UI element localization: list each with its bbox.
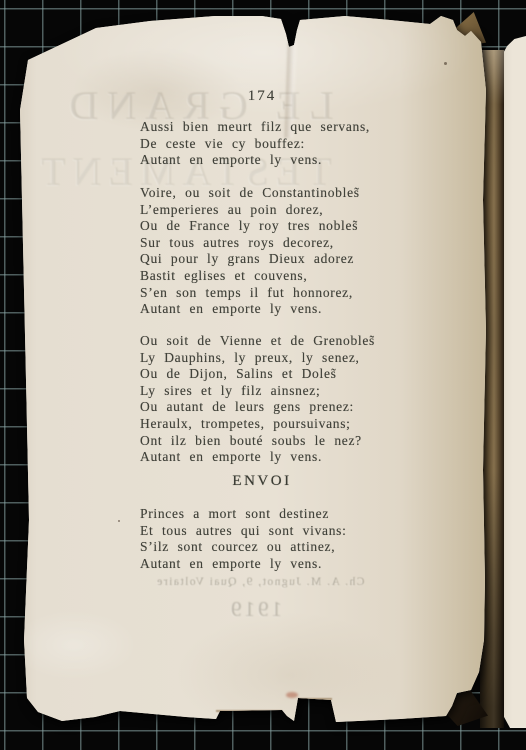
showthrough-year: 1919 <box>160 597 350 622</box>
poem-line: S’ilz sont courcez ou attinez, <box>140 539 347 556</box>
poem-line: Autant en emporte ly vens. <box>140 152 370 169</box>
stanza-1: Aussi bien meurt filz que servans, De ce… <box>140 119 370 169</box>
poem-line: S’en son temps il fut honnorez, <box>140 285 360 302</box>
poem-line: L’emperieres au poin dorez, <box>140 202 360 219</box>
page-number: 174 <box>140 88 384 105</box>
poem-line: Ly Dauphins, ly preux, ly senez, <box>140 350 375 367</box>
book-photo-scene: LE GRAND TESTAMENT Ch. A. M. Jugnot, 9, … <box>0 0 526 750</box>
poem-line: Ont ilz bien bouté soubs le nez? <box>140 433 375 450</box>
dust-speck <box>444 62 447 65</box>
poem-line: Autant en emporte ly vens. <box>140 556 347 573</box>
envoi-heading: ENVOI <box>140 473 384 490</box>
stanza-envoi: Princes a mort sont destinez Et tous aut… <box>140 506 347 572</box>
poem-line: Ly sires et ly filz ainsnez; <box>140 383 375 400</box>
poem-line: Ou soit de Vienne et de Grenobles̃ <box>140 333 375 350</box>
poem-line: Aussi bien meurt filz que servans, <box>140 119 370 136</box>
poem-line: Princes a mort sont destinez <box>140 506 347 523</box>
stanza-3: Ou soit de Vienne et de Grenobles̃ Ly Da… <box>140 333 375 466</box>
poem-line: Ou autant de leurs gens prenez: <box>140 399 375 416</box>
poem-line: Sur tous autres roys decorez, <box>140 235 360 252</box>
stanza-2: Voire, ou soit de Constantinobles̃ L’emp… <box>140 185 360 318</box>
page-shadow-wrap: LE GRAND TESTAMENT Ch. A. M. Jugnot, 9, … <box>0 0 526 750</box>
poem-line: Et tous autres qui sont vivans: <box>140 523 347 540</box>
dust-speck <box>118 520 120 522</box>
poem-line: Ou de France ly roy tres nobles̃ <box>140 218 360 235</box>
poem-line: Bastit eglises et couvens, <box>140 268 360 285</box>
poem-line: Voire, ou soit de Constantinobles̃ <box>140 185 360 202</box>
book-page: LE GRAND TESTAMENT Ch. A. M. Jugnot, 9, … <box>0 0 526 750</box>
torn-edge-shadow <box>298 698 332 700</box>
poem-line: Autant en emporte ly vens. <box>140 449 375 466</box>
poem-line: Qui pour ly grans Dieux adorez <box>140 251 360 268</box>
poem-line: Autant en emporte ly vens. <box>140 301 360 318</box>
poem-line: Heraulx, trompetes, poursuivans; <box>140 416 375 433</box>
poem-line: De ceste vie cy bouffez: <box>140 136 370 153</box>
poem-line: Ou de Dijon, Salins et Doles̃ <box>140 366 375 383</box>
torn-edge-shadow <box>216 710 282 712</box>
showthrough-colophon: Ch. A. M. Jugnot, 9, Quai Voltaire <box>110 576 410 588</box>
paper-stain <box>286 692 298 698</box>
